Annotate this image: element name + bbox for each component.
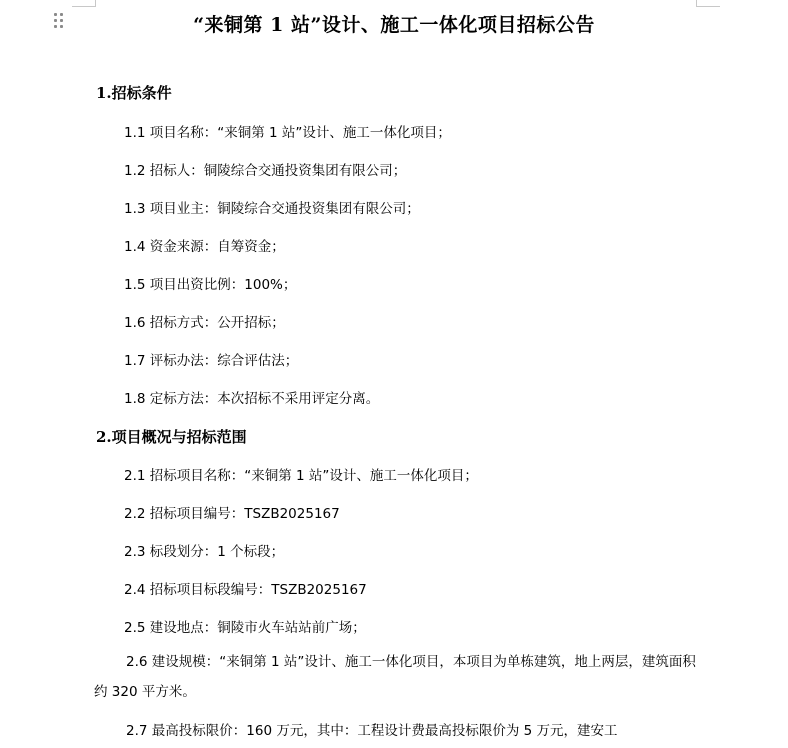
list-item: 2.7 最高投标限价：160 万元，其中：工程设计费最高投标限价为 5 万元，建…	[94, 716, 704, 746]
list-item: 1.5 项目出资比例：100%；	[124, 273, 296, 293]
list-item: 1.7 评标办法：综合评估法；	[124, 349, 298, 369]
list-item: 2.5 建设地点：铜陵市火车站站前广场；	[124, 616, 366, 636]
list-item: 2.3 标段划分：1 个标段；	[124, 540, 284, 560]
list-item: 1.3 项目业主：铜陵综合交通投资集团有限公司；	[124, 197, 420, 217]
list-item: 2.4 招标项目标段编号：TSZB2025167	[124, 578, 367, 598]
list-item: 2.2 招标项目编号：TSZB2025167	[124, 502, 340, 522]
list-item: 1.6 招标方式：公开招标；	[124, 311, 285, 331]
list-item: 1.4 资金来源：自筹资金；	[124, 235, 285, 255]
list-item: 1.1 项目名称：“来铜第 1 站”设计、施工一体化项目；	[124, 121, 451, 141]
section-heading-1: 1.招标条件	[96, 82, 172, 103]
list-item: 2.6 建设规模：“来铜第 1 站”设计、施工一体化项目，本项目为单栋建筑，地上…	[94, 647, 704, 707]
document-title: “来铜第 1 站”设计、施工一体化项目招标公告	[0, 10, 788, 37]
list-item: 1.2 招标人：铜陵综合交通投资集团有限公司；	[124, 159, 406, 179]
list-item: 2.1 招标项目名称：“来铜第 1 站”设计、施工一体化项目；	[124, 464, 478, 484]
section-heading-2: 2.项目概况与招标范围	[96, 426, 247, 447]
list-item: 1.8 定标方法：本次招标不采用评定分离。	[124, 387, 379, 407]
page-corner-mark-top-right	[696, 0, 720, 7]
page-corner-mark-top-left	[72, 0, 96, 7]
